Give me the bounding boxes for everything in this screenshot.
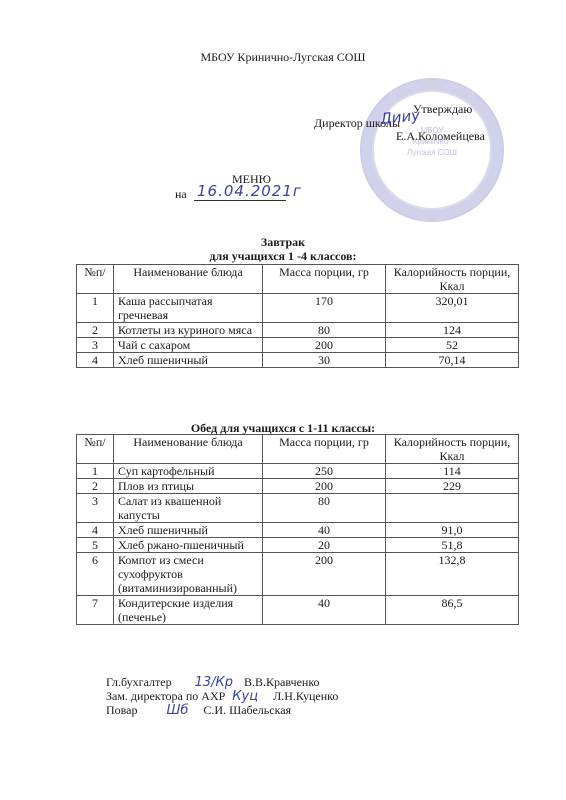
row-name: Плов из птицы xyxy=(114,479,263,494)
lunch-table: №п/ Наименование блюда Масса порции, гр … xyxy=(76,434,519,625)
table-row: 4 Хлеб пшеничный 40 91,0 xyxy=(77,523,519,538)
row-name: Суп картофельный xyxy=(114,464,263,479)
lunch-title: Обед для учащихся с 1-11 классы: xyxy=(0,421,566,435)
breakfast-table: №п/ Наименование блюда Масса порции, гр … xyxy=(76,264,519,368)
table-row: 7 Кондитерские изделия (печенье) 40 86,5 xyxy=(77,596,519,625)
row-name: Хлеб пшеничный xyxy=(114,523,263,538)
row-num: 4 xyxy=(77,353,114,368)
row-name: Кондитерские изделия (печенье) xyxy=(114,596,263,625)
breakfast-title-line1: Завтрак xyxy=(0,235,566,249)
row-mass: 40 xyxy=(263,596,386,625)
breakfast-title-line2: для учащихся 1 -4 классов: xyxy=(0,249,566,263)
col-header-mass: Масса порции, гр xyxy=(263,435,386,464)
signer-name: Л.Н.Куценко xyxy=(273,689,338,703)
row-name: Хлеб пшеничный xyxy=(114,353,263,368)
row-mass: 200 xyxy=(263,553,386,596)
row-kcal: 320,01 xyxy=(386,294,519,323)
row-mass: 200 xyxy=(263,479,386,494)
col-header-kcal: Калорийность порции, Ккал xyxy=(386,265,519,294)
signer-signature: 13/Кр xyxy=(195,675,233,690)
row-kcal xyxy=(386,494,519,523)
table-header-row: №п/ Наименование блюда Масса порции, гр … xyxy=(77,435,519,464)
row-kcal: 52 xyxy=(386,338,519,353)
row-name: Каша рассыпчатая гречневая xyxy=(114,294,263,323)
table-row: 2 Котлеты из куриного мяса 80 124 xyxy=(77,323,519,338)
row-num: 1 xyxy=(77,464,114,479)
signer-name: С.И. Шабельская xyxy=(203,703,291,717)
row-name: Компот из смеси сухофруктов (витаминизир… xyxy=(114,553,263,596)
col-header-name: Наименование блюда xyxy=(114,265,263,294)
row-mass: 250 xyxy=(263,464,386,479)
table-row: 1 Каша рассыпчатая гречневая 170 320,01 xyxy=(77,294,519,323)
row-mass: 170 xyxy=(263,294,386,323)
col-header-num: №п/ xyxy=(77,435,114,464)
row-kcal: 91,0 xyxy=(386,523,519,538)
signature-accountant: Гл.бухгалтер 13/Кр В.В.Кравченко xyxy=(106,675,320,690)
table-row: 5 Хлеб ржано-пшеничный 20 51,8 xyxy=(77,538,519,553)
row-kcal: 86,5 xyxy=(386,596,519,625)
menu-on-label: на xyxy=(175,187,187,202)
approve-label: Утверждаю xyxy=(413,102,472,117)
table-row: 1 Суп картофельный 250 114 xyxy=(77,464,519,479)
row-mass: 80 xyxy=(263,494,386,523)
school-stamp: МБОУ Кринично-Лугская СОШ xyxy=(360,78,504,222)
row-kcal: 124 xyxy=(386,323,519,338)
row-num: 3 xyxy=(77,338,114,353)
breakfast-title: Завтрак для учащихся 1 -4 классов: xyxy=(0,235,566,263)
row-kcal: 114 xyxy=(386,464,519,479)
signer-role: Повар xyxy=(106,703,138,717)
signer-signature: Куц xyxy=(232,689,258,704)
menu-date: 16.04.2021г xyxy=(197,182,302,200)
signer-role: Гл.бухгалтер xyxy=(106,675,172,689)
row-name: Котлеты из куриного мяса xyxy=(114,323,263,338)
row-mass: 30 xyxy=(263,353,386,368)
table-row: 6 Компот из смеси сухофруктов (витаминиз… xyxy=(77,553,519,596)
row-mass: 20 xyxy=(263,538,386,553)
signer-name: В.В.Кравченко xyxy=(244,675,320,689)
row-num: 2 xyxy=(77,323,114,338)
school-name: МБОУ Кринично-Лугская СОШ xyxy=(0,50,566,65)
director-name: Е.А.Коломейцева xyxy=(396,129,485,144)
col-header-name: Наименование блюда xyxy=(114,435,263,464)
row-num: 3 xyxy=(77,494,114,523)
table-header-row: №п/ Наименование блюда Масса порции, гр … xyxy=(77,265,519,294)
signature-cook: Повар Шб С.И. Шабельская xyxy=(106,703,291,718)
row-num: 1 xyxy=(77,294,114,323)
table-row: 4 Хлеб пшеничный 30 70,14 xyxy=(77,353,519,368)
signer-signature: Шб xyxy=(167,703,189,718)
row-num: 5 xyxy=(77,538,114,553)
row-kcal: 51,8 xyxy=(386,538,519,553)
row-num: 2 xyxy=(77,479,114,494)
row-name: Хлеб ржано-пшеничный xyxy=(114,538,263,553)
row-kcal: 132,8 xyxy=(386,553,519,596)
col-header-num: №п/ xyxy=(77,265,114,294)
table-row: 2 Плов из птицы 200 229 xyxy=(77,479,519,494)
row-name: Чай с сахаром xyxy=(114,338,263,353)
row-num: 7 xyxy=(77,596,114,625)
table-row: 3 Салат из квашенной капусты 80 xyxy=(77,494,519,523)
row-num: 6 xyxy=(77,553,114,596)
row-mass: 200 xyxy=(263,338,386,353)
row-kcal: 70,14 xyxy=(386,353,519,368)
row-name: Салат из квашенной капусты xyxy=(114,494,263,523)
table-row: 3 Чай с сахаром 200 52 xyxy=(77,338,519,353)
row-num: 4 xyxy=(77,523,114,538)
signer-role: Зам. директора по АХР xyxy=(106,689,225,703)
row-mass: 80 xyxy=(263,323,386,338)
col-header-kcal: Калорийность порции, Ккал xyxy=(386,435,519,464)
row-mass: 40 xyxy=(263,523,386,538)
signature-deputy: Зам. директора по АХР Куц Л.Н.Куценко xyxy=(106,689,338,704)
col-header-mass: Масса порции, гр xyxy=(263,265,386,294)
row-kcal: 229 xyxy=(386,479,519,494)
